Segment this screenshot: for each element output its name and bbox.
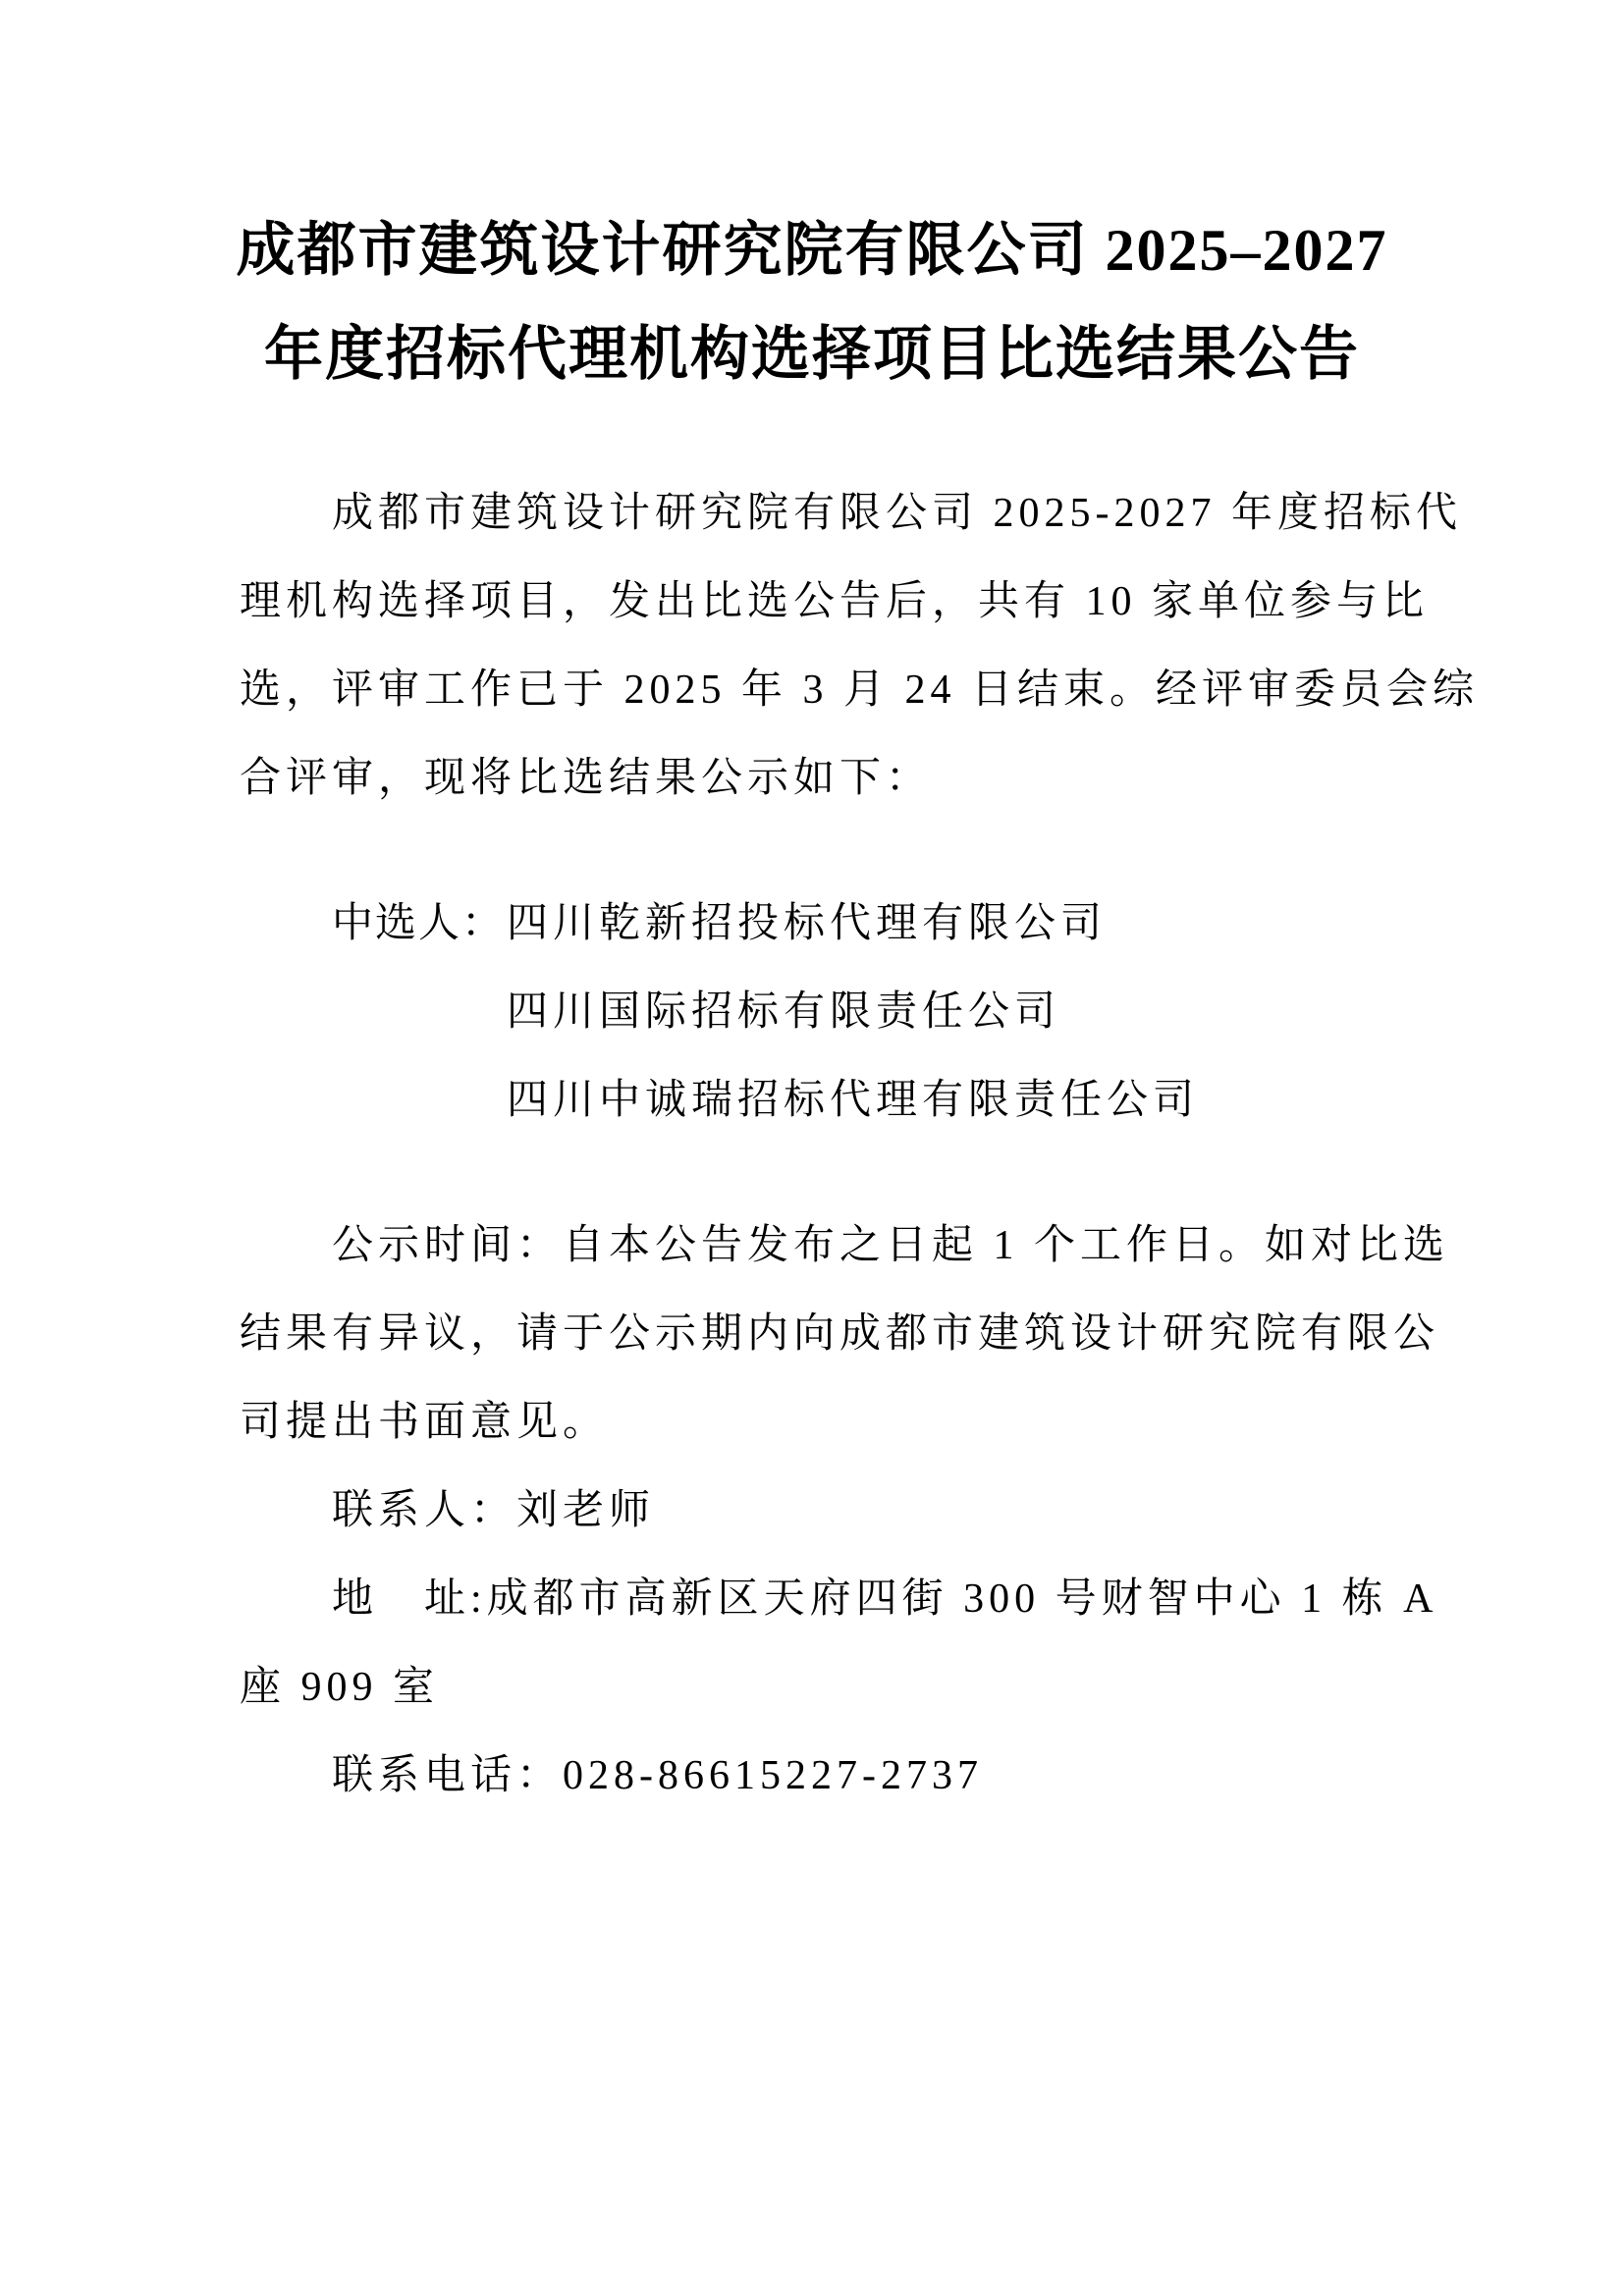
intro-line-3: 选，评审工作已于 2025 年 3 月 24 日结束。经评审委员会综 xyxy=(240,646,1398,734)
document-title: 成都市建筑设计研究院有限公司 2025–2027 年度招标代理机构选择项目比选结… xyxy=(0,198,1624,406)
section-gap xyxy=(240,823,1398,880)
contact-address-line: 地 址:成都市高新区天府四街 300 号财智中心 1 栋 A xyxy=(240,1555,1398,1643)
contact-person-line: 联系人：刘老师 xyxy=(240,1467,1398,1555)
contact-phone-line: 联系电话：028-86615227-2737 xyxy=(240,1732,1398,1820)
intro-line-4: 合评审，现将比选结果公示如下： xyxy=(240,734,1398,823)
winner-company-2: 四川国际招标有限责任公司 xyxy=(507,968,1398,1056)
contact-person-value: 刘老师 xyxy=(516,1488,655,1533)
intro-line-1: 成都市建筑设计研究院有限公司 2025-2027 年度招标代 xyxy=(240,469,1398,558)
document-page: 成都市建筑设计研究院有限公司 2025–2027 年度招标代理机构选择项目比选结… xyxy=(0,0,1624,2296)
contact-address-value-1: 成都市高新区天府四街 300 号财智中心 1 栋 A xyxy=(487,1576,1438,1622)
notice-line-1: 公示时间：自本公告发布之日起 1 个工作日。如对比选 xyxy=(240,1201,1398,1290)
title-line-1: 成都市建筑设计研究院有限公司 2025–2027 xyxy=(0,198,1624,302)
notice-line-2: 结果有异议，请于公示期内向成都市建筑设计研究院有限公 xyxy=(240,1290,1398,1378)
contact-address-continuation: 座 909 室 xyxy=(240,1643,1398,1732)
winner-company-3: 四川中诚瑞招标代理有限责任公司 xyxy=(507,1056,1398,1145)
contact-phone-value: 028-86615227-2737 xyxy=(563,1753,983,1798)
winner-line-1: 中选人：四川乾新招投标代理有限公司 xyxy=(240,880,1398,968)
intro-line-2: 理机构选择项目，发出比选公告后，共有 10 家单位参与比 xyxy=(240,558,1398,646)
contact-phone-label: 联系电话： xyxy=(332,1753,563,1798)
contact-person-label: 联系人： xyxy=(332,1488,516,1533)
contact-address-label: 地 址: xyxy=(332,1576,487,1622)
notice-line-3: 司提出书面意见。 xyxy=(240,1378,1398,1467)
winners-label: 中选人： xyxy=(332,880,507,968)
document-body: 成都市建筑设计研究院有限公司 2025-2027 年度招标代 理机构选择项目，发… xyxy=(240,469,1398,1820)
winner-company-1: 四川乾新招投标代理有限公司 xyxy=(507,901,1107,946)
section-gap xyxy=(240,1145,1398,1201)
title-line-2: 年度招标代理机构选择项目比选结果公告 xyxy=(0,302,1624,406)
